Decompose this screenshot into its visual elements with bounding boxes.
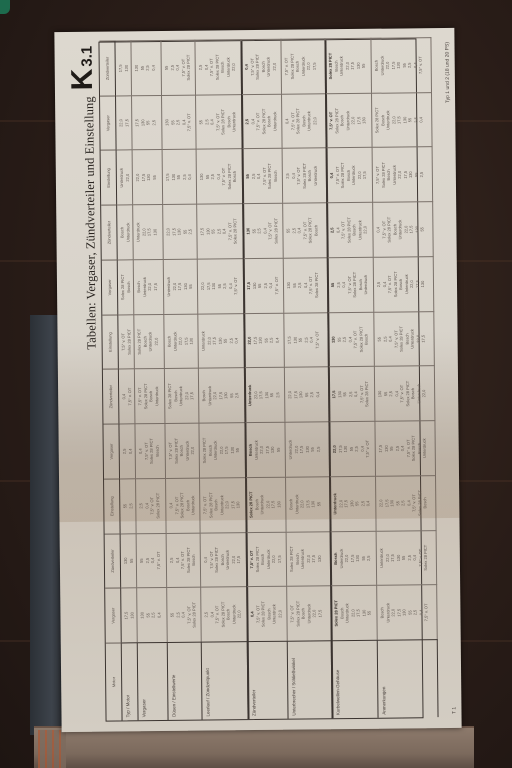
table-cell: BoschUnterdruck22,017,5 — [134, 259, 165, 314]
table-cell: 17,5130552,50,47,5° v. OT — [244, 258, 285, 313]
table-cell: 7,5° v. OTSolex 28 PICTBoschUnterdruck22… — [165, 423, 200, 478]
table-cell: BoschUnterdruck22,017,5130552,5 — [331, 530, 378, 585]
table-cell: 17,5130552,50,47,5° v. OTSolex 28 PICT — [197, 203, 244, 258]
table-cell: 0,47,5° v. OTSolex 28 PICTBoschUnterdruc… — [247, 586, 288, 641]
column-header: Vergaser — [100, 95, 117, 150]
table-cell: Unterdruck22,017,5130 — [133, 204, 164, 259]
table-cell: 22,017,5130552,50,4 — [285, 367, 330, 422]
table-cell: 2,50,47,5° v. OTSolex 28 PICTBoschUnterd… — [327, 202, 374, 257]
table-cell: 7,5° v. OTSolex 28 PICTBoschUnterdruck22… — [200, 477, 247, 532]
table-cell: BoschUnterdruck22,017,513055 — [286, 476, 331, 531]
rotated-page-content: Tabellen: Vergaser, Zündverteiler und Ei… — [54, 28, 461, 732]
table-cell: 2,50,47,5° v. OTSolex 28 PICTBosch — [167, 532, 202, 587]
table-cell: 22,017,513055 — [133, 149, 164, 204]
table-cell: 0,47,5° v. OTSolex 28 PICTBoschUnterdruc… — [327, 147, 374, 202]
row-label: Kurbelwellen-Gehäuse — [332, 640, 379, 718]
column-header: Einstellung — [102, 314, 119, 369]
table-cell: 130552,50,4 — [131, 40, 162, 95]
table-cell: 130552,50,47,5° v. OTSolex 28 PICTBosch — [328, 311, 375, 366]
table-cell: 22,017,5130552,50,47,5° v. OT — [329, 421, 376, 476]
book-cover — [34, 726, 474, 768]
table-cell: 7,5° v. OTSolex 28 PICTBoschUnterdruck22… — [281, 38, 326, 93]
column-header: Einstellung — [101, 150, 118, 205]
table-cell: 17,5130 — [115, 40, 132, 95]
table-cell: 2,50,47,5° v. OTSolex 28 PICTBoschUnterd… — [201, 586, 248, 641]
table-cell: 2,50,47,5° v. OTSolex 28 PICTBoschUnterd… — [195, 39, 242, 94]
table-cell: Unterdruck22,017,5130552,5 — [285, 421, 330, 476]
table-cell: 2,50,47,5° v. OTSolex 28 PICT — [136, 478, 167, 533]
column-header: Einstellung — [104, 478, 121, 533]
table-cell: 552,50,47,5° v. OTSolex 28 PICTBoschUnte… — [196, 94, 243, 149]
table-cell: Unterdruck22,0 — [117, 150, 134, 205]
table-cell: 22,017,5 — [116, 95, 133, 150]
column-header: Vergaser — [102, 259, 119, 314]
section-letter: K — [69, 69, 97, 91]
table-cell: 552,50,47,5° v. OT — [137, 533, 168, 588]
column-header: Vergaser — [105, 588, 122, 643]
table-cell: 0,47,5° v. OT — [119, 369, 136, 424]
table-cell: Solex 28 PICTBoschUnterdruck22,017,5130 — [287, 531, 332, 586]
table-cell: 17,5130552,50,47,5° v. OTSolex 28 PICT — [329, 366, 376, 421]
table-cell: 17,5130552,50,4 — [163, 149, 198, 204]
cover-pattern — [38, 730, 66, 768]
column-header: Vergaser — [103, 424, 120, 479]
table-cell: 552,50,47,5° v. OTSolex 28 PICTBosch — [283, 202, 328, 257]
table-cell: 130552,50,47,5° v. OTSolex 28 PICT — [243, 203, 284, 258]
green-tab-corner — [0, 0, 10, 14]
table-cell: 0,47,5° v. OTSolex 28 PICTBoschUnterdruc… — [241, 39, 282, 94]
table-cell: 552,50,47,5° v. OTSolex 28 PICT — [167, 587, 202, 642]
table-cell: 0,47,5° v. OTSolex 28 PICTBosch — [135, 423, 166, 478]
table-cell: Unterdruck22,017,5130552,50,4 — [198, 313, 245, 368]
table-cell: 0,47,5° v. OTSolex 28 PICTBoschUnterdruc… — [282, 93, 327, 148]
table-cell: Solex 28 PICTBoschUnterdruck22,0 — [134, 314, 165, 369]
table-cell: Unterdruck22,017,5130552,5 — [245, 367, 286, 422]
row-label: Leerlauf / Zündzeitpunkt — [202, 641, 249, 719]
section-number: 3.1 — [78, 46, 95, 67]
table-cell: 552,50,47,5° v. OTSolex 28 PICT — [161, 40, 196, 95]
column-header: Motor — [106, 642, 123, 720]
section-badge: K 3.1 — [68, 46, 96, 91]
table-cell: 130552,50,47,5° v. OTSolex 28 PICT — [284, 257, 329, 312]
settings-table: MotorVergaserZündverteilerEinstellungVer… — [98, 38, 423, 721]
row-label: Zündverteiler — [248, 641, 289, 719]
table-cell: 0,47,5° v. OTSolex 28 PICTBoschUnterdruc… — [166, 477, 201, 532]
table-cell: 7,5° v. OTSolex 28 PICTBoschUnterdruck22… — [287, 586, 332, 641]
table-cell: 17,5130552,5 — [132, 95, 163, 150]
footer-model-ref: Typ 1 und 2 (18 und 20 PS) — [444, 42, 455, 103]
table-cell: Solex 28 PICTBoschUnterdruck22,017,51305… — [325, 38, 372, 93]
table-cell: Solex 28 PICTBosch — [118, 259, 135, 314]
column-header: Zündverteiler — [105, 533, 122, 588]
table-cell: 2,50,47,5° v. OTSolex 28 PICTBoschUnterd… — [283, 148, 328, 203]
page-header: Tabellen: Vergaser, Zündverteiler und Ei… — [62, 46, 103, 718]
table-cell: Unterdruck22,017,5130552,50,4 — [330, 476, 377, 531]
table-cell: Solex 28 PICTBoschUnterdruck22,017,5 — [165, 368, 200, 423]
book-page: Tabellen: Vergaser, Zündverteiler und Ei… — [54, 28, 461, 732]
table-cell: 130552,50,47,5° v. OTSolex 28 PICTBosch — [197, 149, 244, 204]
table-cell: 22,017,5130552,50,47,5° v. OT — [198, 258, 245, 313]
table-cell: 17,5130 — [121, 588, 138, 643]
table-cell: 22,017,5130552,50,4 — [244, 312, 285, 367]
table-cell: BoschUnterdruck22,017,513055 — [245, 422, 286, 477]
table-cell: 552,5 — [120, 478, 137, 533]
footer-page-ref: T 1 — [451, 707, 461, 714]
table-cell: BoschUnterdruck — [117, 205, 134, 260]
table-cell: 13055 — [121, 533, 138, 588]
table-cell: Solex 28 PICTBoschUnterdruck22,017,51305… — [331, 585, 378, 640]
table-cell: 22,017,5130552,5 — [163, 204, 198, 259]
column-header: Zündverteiler — [101, 205, 118, 260]
table-cell: 7,5° v. OTSolex 28 PICT — [118, 314, 135, 369]
table-cell: BoschUnterdruck22,017,5130552,5 — [199, 368, 246, 423]
row-label: Unterbrecher / Schließwinkel — [288, 640, 333, 718]
table-cell: 0,47,5° v. OTSolex 28 PICTBoschUnterdruc… — [201, 532, 248, 587]
row-label: Vergaser — [138, 642, 169, 720]
column-header: Zündverteiler — [99, 40, 116, 95]
table-cell: 552,50,47,5° v. OTSolex 28 PICTBoschUnte… — [328, 257, 375, 312]
table-cell: 7,5° v. OTSolex 28 PICTBoschUnterdruck — [135, 368, 166, 423]
table-cell: 552,50,47,5° v. OTSolex 28 PICTBosch — [243, 148, 284, 203]
table-cell: 7,5° v. OTSolex 28 PICTBoschUnterdruck22… — [247, 531, 288, 586]
table-cell: Unterdruck22,017,513055 — [164, 259, 199, 314]
table-cell: 7,5° v. OTSolex 28 PICTBoschUnterdruck22… — [326, 93, 373, 148]
column-header: Zündverteiler — [103, 369, 120, 424]
table-cell: 130552,50,47,5° v. OT — [162, 94, 197, 149]
page-title: Tabellen: Vergaser, Zündverteiler und Ei… — [82, 96, 100, 349]
table-cell: Solex 28 PICTBoschUnterdruck22,017,5130 — [246, 477, 287, 532]
row-label: Düsen / Einstellwerte — [168, 642, 203, 720]
table-cell: 2,50,4 — [119, 423, 136, 478]
table-cell: BoschUnterdruck22,017,5130 — [164, 313, 199, 368]
row-label: Typ / Motor — [122, 642, 139, 720]
table-cell: 130552,50,4 — [137, 587, 168, 642]
table-cell: 17,5130552,50,47,5° v. OT — [284, 312, 329, 367]
table-cell: Solex 28 PICTBoschUnterdruck22,017,51305… — [199, 422, 246, 477]
table-cell: 2,50,47,5° v. OTSolex 28 PICTBoschUnterd… — [242, 93, 283, 148]
